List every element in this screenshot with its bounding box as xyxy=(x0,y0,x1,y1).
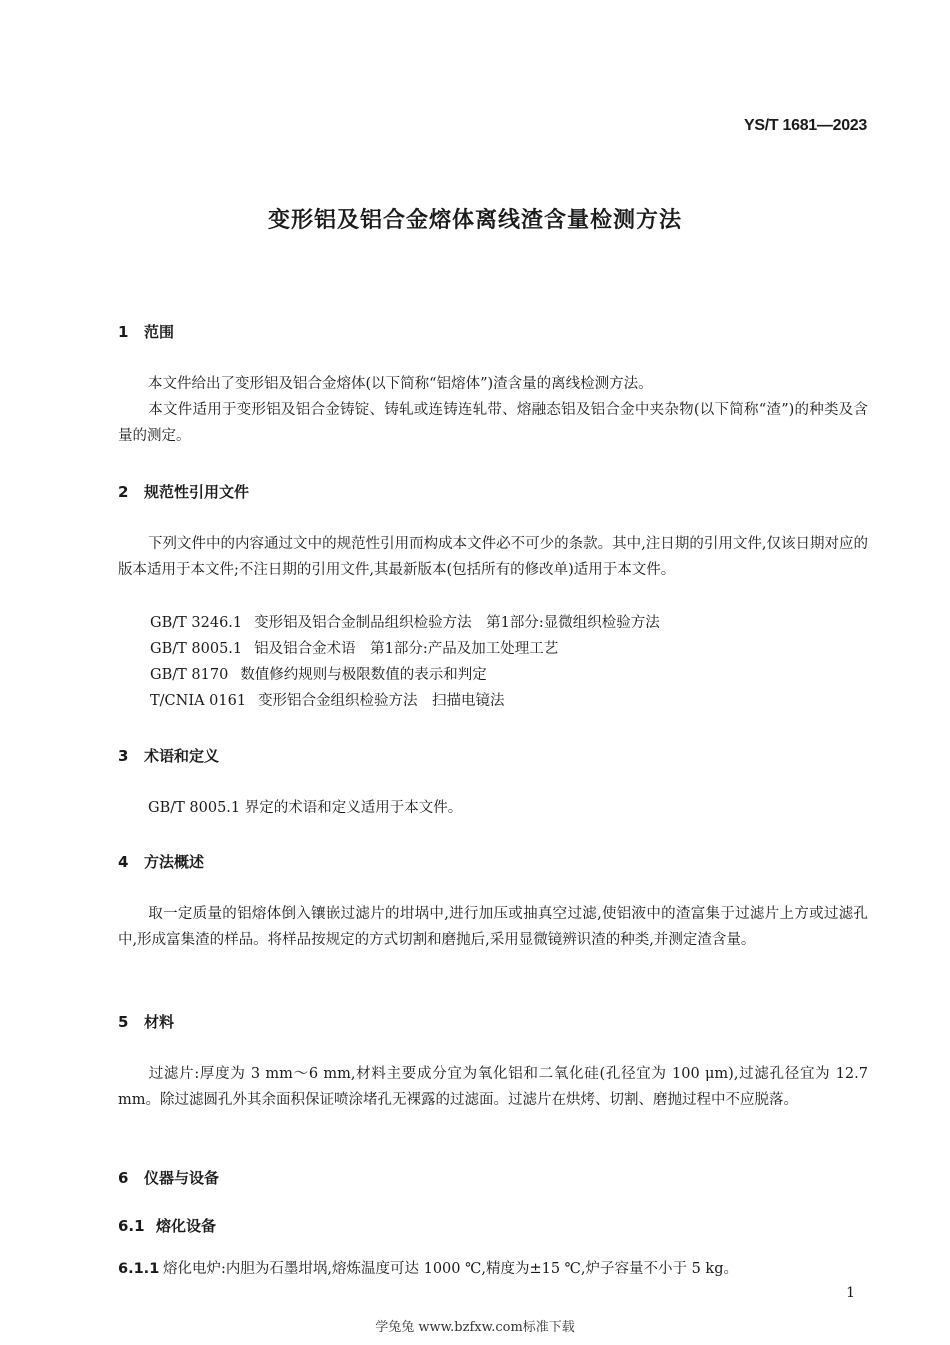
section-title: 方法概述 xyxy=(144,853,204,871)
section-number: 1 xyxy=(118,323,144,341)
subsection-title: 熔化设备 xyxy=(156,1217,216,1235)
reference-item: GB/T 8170数值修约规则与极限数值的表示和判定 xyxy=(150,662,487,688)
section-1-paragraph-1: 本文件给出了变形铝及铝合金熔体(以下简称“铝熔体”)渣含量的离线检测方法。 xyxy=(118,371,868,397)
section-3-paragraph-1: GB/T 8005.1 界定的术语和定义适用于本文件。 xyxy=(118,795,868,821)
section-number: 3 xyxy=(118,747,144,765)
reference-item: GB/T 8005.1铝及铝合金术语 第1部分:产品及加工处理工艺 xyxy=(150,636,558,662)
section-5-paragraph-1: 过滤片:厚度为 3 mm～6 mm,材料主要成分宜为氧化铝和二氧化硅(孔径宜为 … xyxy=(118,1061,868,1113)
paragraph-text: 本文件给出了变形铝及铝合金熔体(以下简称“铝熔体”)渣含量的离线检测方法。 xyxy=(148,376,653,392)
paragraph-text: GB/T 8005.1 界定的术语和定义适用于本文件。 xyxy=(148,800,462,816)
subsection-number: 6.1 xyxy=(118,1217,156,1235)
reference-item: GB/T 3246.1变形铝及铝合金制品组织检验方法 第1部分:显微组织检验方法 xyxy=(150,610,660,636)
section-1-paragraph-2: 本文件适用于变形铝及铝合金铸锭、铸轧或连铸连轧带、熔融态铝及铝合金中夹杂物(以下… xyxy=(118,397,868,449)
section-number: 6 xyxy=(118,1169,144,1187)
paragraph-text: 下列文件中的内容通过文中的规范性引用而构成本文件必不可少的条款。其中,注日期的引… xyxy=(118,536,868,578)
section-5-heading: 5材料 xyxy=(118,1011,174,1032)
section-number: 4 xyxy=(118,853,144,871)
subsection-6-1-heading: 6.1熔化设备 xyxy=(118,1215,216,1236)
reference-title: 变形铝合金组织检验方法 扫描电镜法 xyxy=(258,693,505,709)
paragraph-text: 本文件适用于变形铝及铝合金铸锭、铸轧或连铸连轧带、熔融态铝及铝合金中夹杂物(以下… xyxy=(118,402,868,444)
reference-code: T/CNIA 0161 xyxy=(150,693,246,709)
section-title: 材料 xyxy=(144,1013,174,1031)
standard-code: YS/T 1681—2023 xyxy=(744,117,867,135)
section-4-heading: 4方法概述 xyxy=(118,851,204,872)
clause-text: 熔化电炉:内胆为石墨坩埚,熔炼温度可达 1000 ℃,精度为±15 ℃,炉子容量… xyxy=(163,1261,738,1277)
watermark-footer: 学兔兔 www.bzfxw.com标准下载 xyxy=(0,1316,950,1335)
reference-title: 变形铝及铝合金制品组织检验方法 第1部分:显微组织检验方法 xyxy=(254,615,660,631)
reference-code: GB/T 8170 xyxy=(150,667,228,683)
reference-title: 数值修约规则与极限数值的表示和判定 xyxy=(240,667,487,683)
document-title: 变形铝及铝合金熔体离线渣含量检测方法 xyxy=(0,203,950,234)
reference-code: GB/T 8005.1 xyxy=(150,641,242,657)
section-4-paragraph-1: 取一定质量的铝熔体倒入镶嵌过滤片的坩埚中,进行加压或抽真空过滤,使铝液中的渣富集… xyxy=(118,901,868,953)
paragraph-text: 过滤片:厚度为 3 mm～6 mm,材料主要成分宜为氧化铝和二氧化硅(孔径宜为 … xyxy=(118,1066,868,1108)
section-2-heading: 2规范性引用文件 xyxy=(118,481,249,502)
section-title: 范围 xyxy=(144,323,174,341)
reference-title: 铝及铝合金术语 第1部分:产品及加工处理工艺 xyxy=(254,641,558,657)
clause-6-1-1: 6.1.1熔化电炉:内胆为石墨坩埚,熔炼温度可达 1000 ℃,精度为±15 ℃… xyxy=(118,1257,738,1278)
section-2-paragraph-1: 下列文件中的内容通过文中的规范性引用而构成本文件必不可少的条款。其中,注日期的引… xyxy=(118,531,868,583)
section-6-heading: 6仪器与设备 xyxy=(118,1167,219,1188)
page-number: 1 xyxy=(846,1285,855,1301)
reference-item: T/CNIA 0161变形铝合金组织检验方法 扫描电镜法 xyxy=(150,688,505,714)
clause-number: 6.1.1 xyxy=(118,1261,163,1277)
section-title: 仪器与设备 xyxy=(144,1169,219,1187)
section-number: 5 xyxy=(118,1013,144,1031)
reference-code: GB/T 3246.1 xyxy=(150,615,242,631)
section-1-heading: 1范围 xyxy=(118,321,174,342)
paragraph-text: 取一定质量的铝熔体倒入镶嵌过滤片的坩埚中,进行加压或抽真空过滤,使铝液中的渣富集… xyxy=(118,906,868,948)
section-title: 术语和定义 xyxy=(144,747,219,765)
section-3-heading: 3术语和定义 xyxy=(118,745,219,766)
section-number: 2 xyxy=(118,483,144,501)
section-title: 规范性引用文件 xyxy=(144,483,249,501)
